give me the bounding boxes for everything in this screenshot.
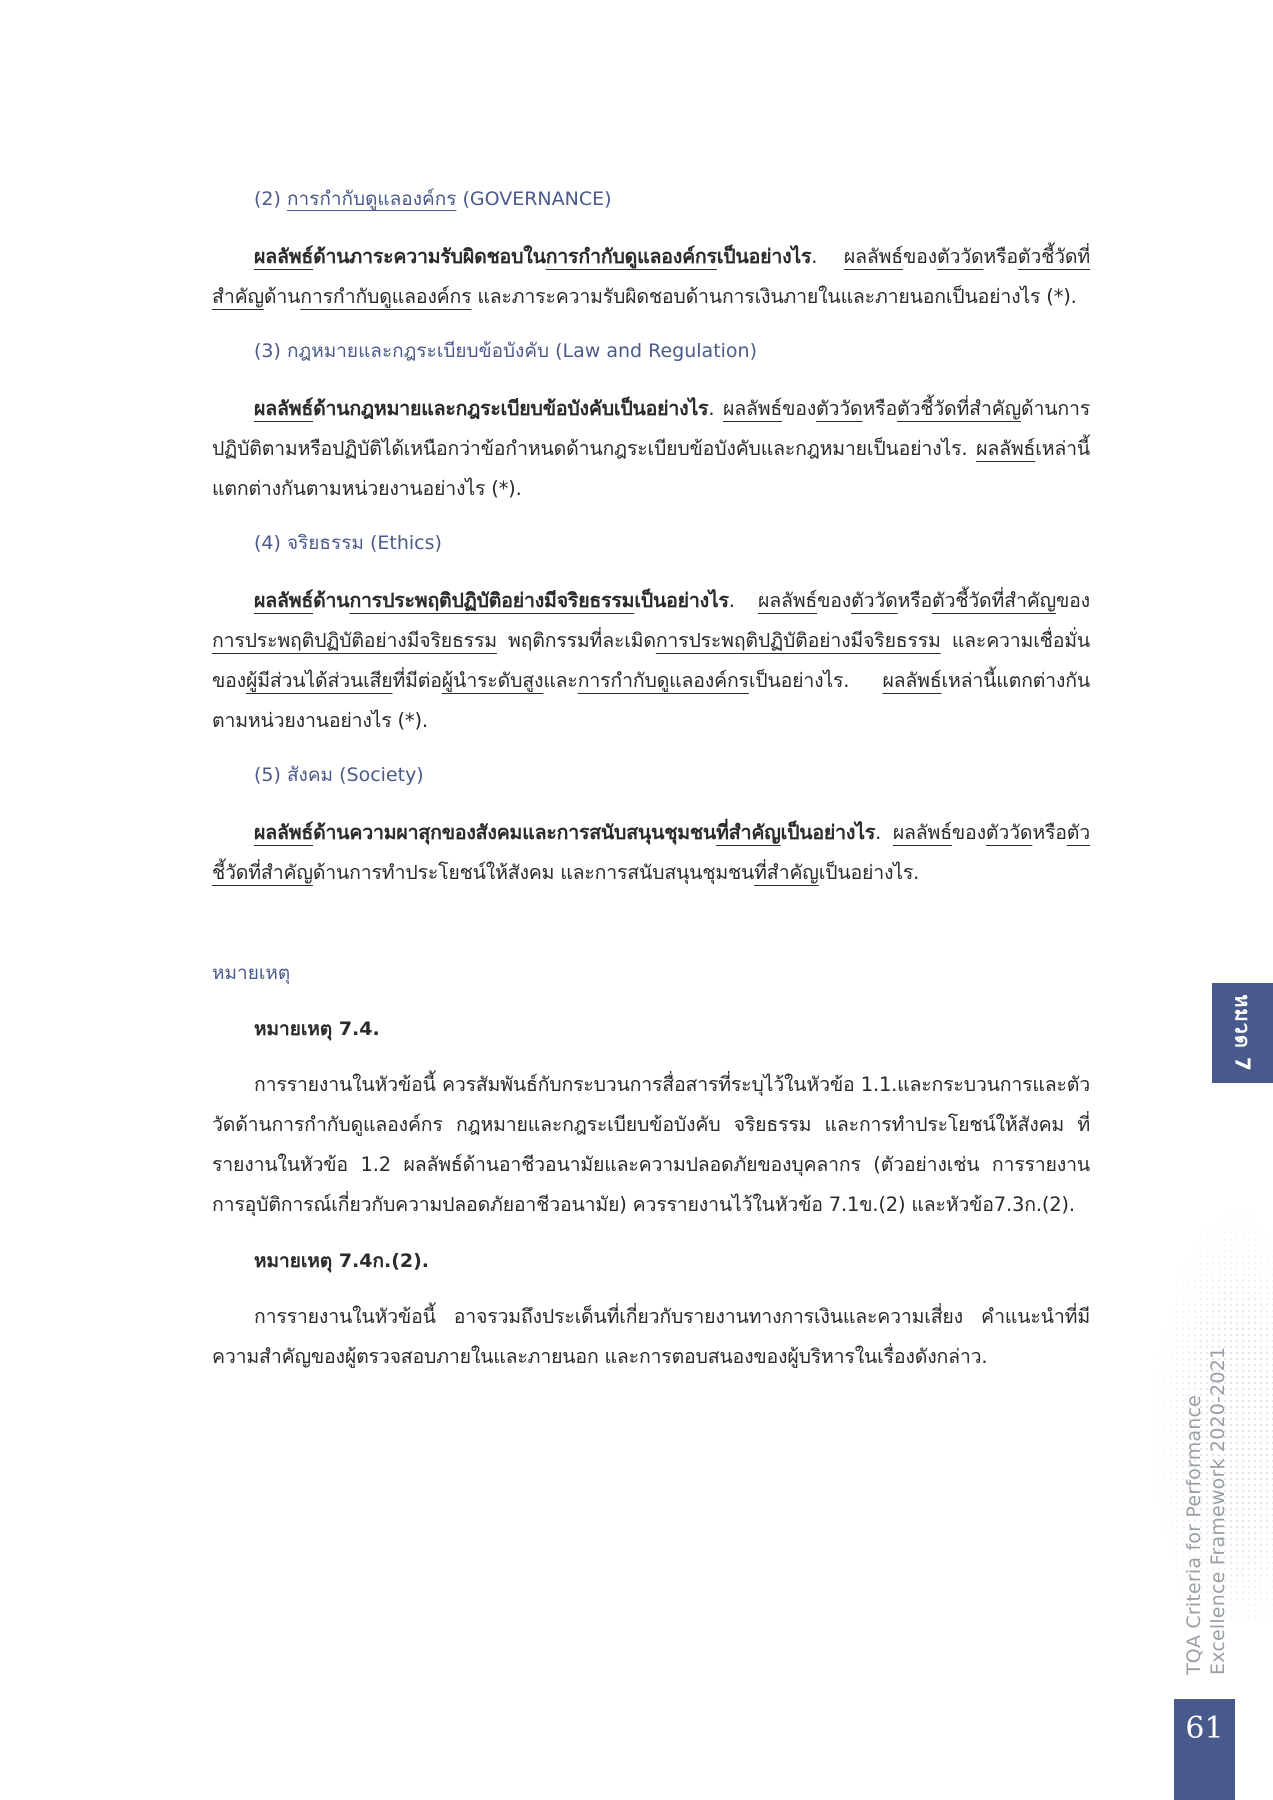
note-label-7-4a-2: หมายเหตุ 7.4ก.(2). — [254, 1247, 1090, 1275]
section-paragraph-society: ผลลัพธ์ด้านความผาสุกของสังคมและการสนับสน… — [212, 813, 1090, 893]
underlined-term: ผลลัพธ์ — [723, 397, 782, 420]
underlined-term: ตัวชี้วัดที่สำคัญ — [897, 397, 1021, 420]
underlined-term: ผลลัพธ์ — [254, 397, 313, 420]
text-run: เป็นอย่างไร. — [819, 861, 919, 884]
underlined-term: การประพฤติปฏิบัติอย่างมีจริยธรรม — [349, 589, 634, 612]
underlined-term: ตัววัด — [986, 821, 1032, 844]
text-run: ของ — [1056, 589, 1090, 612]
text-run: . — [811, 245, 844, 268]
underlined-term: ที่สำคัญ — [716, 821, 781, 844]
text-run: ด้านความผาสุกของสังคมและการสนับสนุนชุมชน — [313, 821, 716, 844]
section-heading-ethics: (4) จริยธรรม (Ethics) — [254, 529, 1090, 557]
underlined-term: ผลลัพธ์ — [254, 589, 313, 612]
underlined-term: ผู้นำระดับสูง — [442, 669, 544, 692]
text-run: . — [729, 589, 758, 612]
note-text-7-4: การรายงานในหัวข้อนี้ ควรสัมพันธ์กับกระบว… — [212, 1065, 1090, 1225]
text-run: ด้านภาระความรับผิดชอบใน — [313, 245, 546, 268]
notes-title: หมายเหตุ — [212, 959, 1090, 987]
section-paragraph-law-regulation: ผลลัพธ์ด้านกฎหมายและกฎระเบียบข้อบังคับเป… — [212, 389, 1090, 509]
text-run: ด้านกฎหมายและกฎระเบียบข้อบังคับเป็นอย่าง… — [313, 397, 708, 420]
page-content: (2) การกำกับดูแลองค์กร (GOVERNANCE) ผลลั… — [212, 185, 1090, 1377]
vertical-book-title: TQA Criteria for Performance Excellence … — [1182, 1295, 1242, 1675]
text-run: ของ — [903, 245, 937, 268]
text-run: หรือ — [863, 397, 897, 420]
text-run: และภาระความรับผิดชอบด้านการเงินภายในและภ… — [471, 285, 1076, 308]
underlined-term: ที่สำคัญ — [754, 861, 819, 884]
underlined-term: ผลลัพธ์ — [254, 821, 313, 844]
underlined-term: การกำกับดูแลองค์กร — [546, 245, 717, 268]
chapter-tab: หมวด 7 — [1212, 983, 1273, 1083]
section-heading-governance: (2) การกำกับดูแลองค์กร (GOVERNANCE) — [254, 185, 1090, 213]
underlined-term: ผลลัพธ์ — [893, 821, 952, 844]
text-run: (5) สังคม (Society) — [254, 764, 424, 786]
underlined-term: ตัววัด — [937, 245, 983, 268]
document-page: (2) การกำกับดูแลองค์กร (GOVERNANCE) ผลลั… — [0, 0, 1273, 1800]
text-run: (4) จริยธรรม (Ethics) — [254, 532, 442, 554]
underlined-term: ผลลัพธ์ — [976, 437, 1035, 460]
text-run: เป็นอย่างไร. — [749, 669, 883, 692]
section-paragraph-ethics: ผลลัพธ์ด้านการประพฤติปฏิบัติอย่างมีจริยธ… — [212, 581, 1090, 741]
text-run: และ — [543, 669, 577, 692]
underlined-term: การกำกับดูแลองค์กร — [300, 285, 471, 308]
text-run: เป็นอย่างไร — [634, 589, 728, 612]
text-run: หรือ — [898, 589, 932, 612]
section-paragraph-governance: ผลลัพธ์ด้านภาระความรับผิดชอบในการกำกับดู… — [212, 237, 1090, 317]
text-run: ของ — [952, 821, 986, 844]
text-run: หรือ — [1032, 821, 1066, 844]
underlined-term: ผลลัพธ์ — [254, 245, 313, 268]
underlined-term: ผลลัพธ์ — [882, 669, 941, 692]
section-heading-law-regulation: (3) กฎหมายและกฎระเบียบข้อบังคับ (Law and… — [254, 337, 1090, 365]
text-run: หรือ — [983, 245, 1017, 268]
text-run: ด้านการทำประโยชน์ให้สังคม และการสนับสนุน… — [313, 861, 754, 884]
chapter-tab-label: หมวด 7 — [1227, 994, 1259, 1071]
text-run: ของ — [782, 397, 816, 420]
underlined-term: การประพฤติปฏิบัติอย่างมีจริยธรรม — [656, 629, 941, 652]
text-run: เป็นอย่างไร — [781, 821, 875, 844]
underlined-term: ตัววัด — [851, 589, 897, 612]
underlined-term: การประพฤติปฏิบัติอย่างมีจริยธรรม — [212, 629, 497, 652]
underlined-term: การกำกับดูแลองค์กร — [578, 669, 749, 692]
underlined-term: การกำกับดูแลองค์กร — [287, 188, 456, 210]
note-label-7-4: หมายเหตุ 7.4. — [254, 1015, 1090, 1043]
page-number: 61 — [1174, 1711, 1235, 1746]
section-heading-society: (5) สังคม (Society) — [254, 761, 1090, 789]
text-run: ที่มีต่อ — [392, 669, 441, 692]
vertical-title-line-2: Excellence Framework 2020-2021 — [1206, 1295, 1230, 1675]
text-run: ด้าน — [313, 589, 349, 612]
text-run: พฤติกรรมที่ละเมิด — [497, 629, 656, 652]
text-run: เป็นอย่างไร — [717, 245, 811, 268]
text-run: (2) — [254, 188, 287, 210]
text-run: (3) กฎหมายและกฎระเบียบข้อบังคับ (Law and… — [254, 340, 757, 362]
text-run: ของ — [817, 589, 851, 612]
text-run: . — [875, 821, 893, 844]
underlined-term: ผลลัพธ์ — [758, 589, 817, 612]
underlined-term: ตัวชี้วัดที่สำคัญ — [932, 589, 1056, 612]
note-text-7-4a-2: การรายงานในหัวข้อนี้ อาจรวมถึงประเด็นที่… — [212, 1297, 1090, 1377]
text-run: (GOVERNANCE) — [456, 188, 611, 210]
underlined-term: ผู้มีส่วนได้ส่วนเสีย — [246, 669, 393, 692]
text-run: ด้าน — [264, 285, 300, 308]
vertical-title-line-1: TQA Criteria for Performance — [1182, 1295, 1206, 1675]
text-run: . — [708, 397, 723, 420]
underlined-term: ผลลัพธ์ — [844, 245, 903, 268]
page-number-box: 61 — [1174, 1699, 1235, 1800]
underlined-term: ตัววัด — [816, 397, 862, 420]
